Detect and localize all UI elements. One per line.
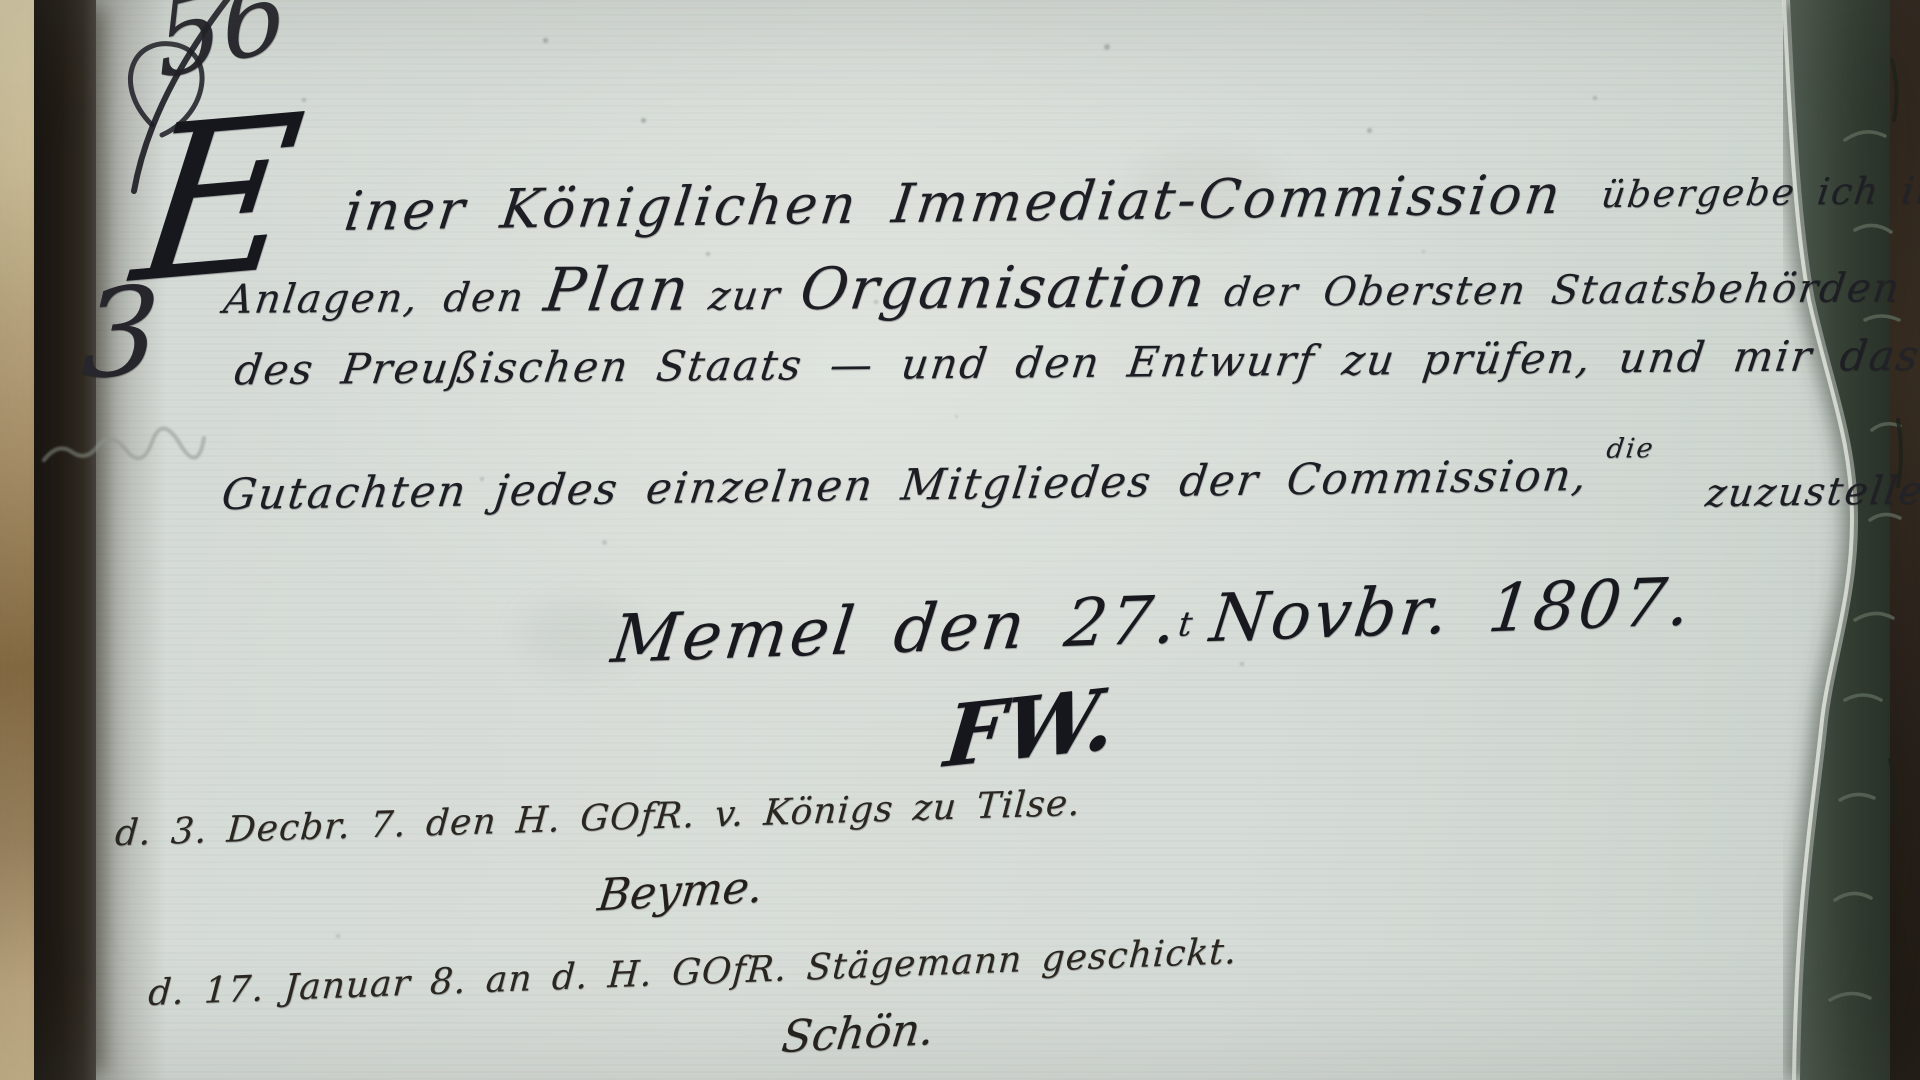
line4-main: Gutachten jedes einzelnen Mitgliedes der…	[219, 451, 1591, 520]
line4-insertion: die	[1605, 433, 1657, 465]
book-edge-left	[0, 0, 34, 1080]
line1-main: iner Königlichen Immediat-Commission	[341, 163, 1566, 243]
royal-signature: FW.	[940, 668, 1120, 786]
docket-1-text: d. 3. Decbr. 7. den H. GOfR. v. Königs z…	[114, 783, 1082, 854]
line2-p3: der Obersten Staatsbehörden	[1221, 265, 1903, 316]
dateline-rest: Novbr. 1807.	[1206, 563, 1697, 657]
body-line-2: Anlagen, den Plan zur Organisation der O…	[220, 246, 1906, 328]
manuscript-photo: 56 3 E iner Königlichen Immediat-Commiss…	[0, 0, 1920, 1080]
dateline-place-day: Memel den 27.	[608, 581, 1184, 678]
line2-p1: Anlagen, den	[221, 275, 528, 323]
line2-organisation: Organisation	[796, 252, 1210, 323]
book-gutter-shadow	[34, 0, 96, 1080]
docket-2-text: d. 17. Januar 8. an d. H. GOfR. Stägeman…	[147, 931, 1239, 1014]
line2-plan: Plan	[540, 255, 695, 326]
docket-1-signature: Beyme.	[595, 861, 766, 921]
pencil-note	[38, 420, 228, 480]
dateline: Memel den 27.t Novbr. 1807.	[608, 563, 1698, 678]
line2-p2: zur	[706, 273, 784, 320]
line4-tail: zuzustellen	[1703, 468, 1920, 517]
docket-2-signature: Schön.	[779, 1004, 937, 1063]
line1-tail: übergebe ich in den	[1599, 167, 1920, 216]
